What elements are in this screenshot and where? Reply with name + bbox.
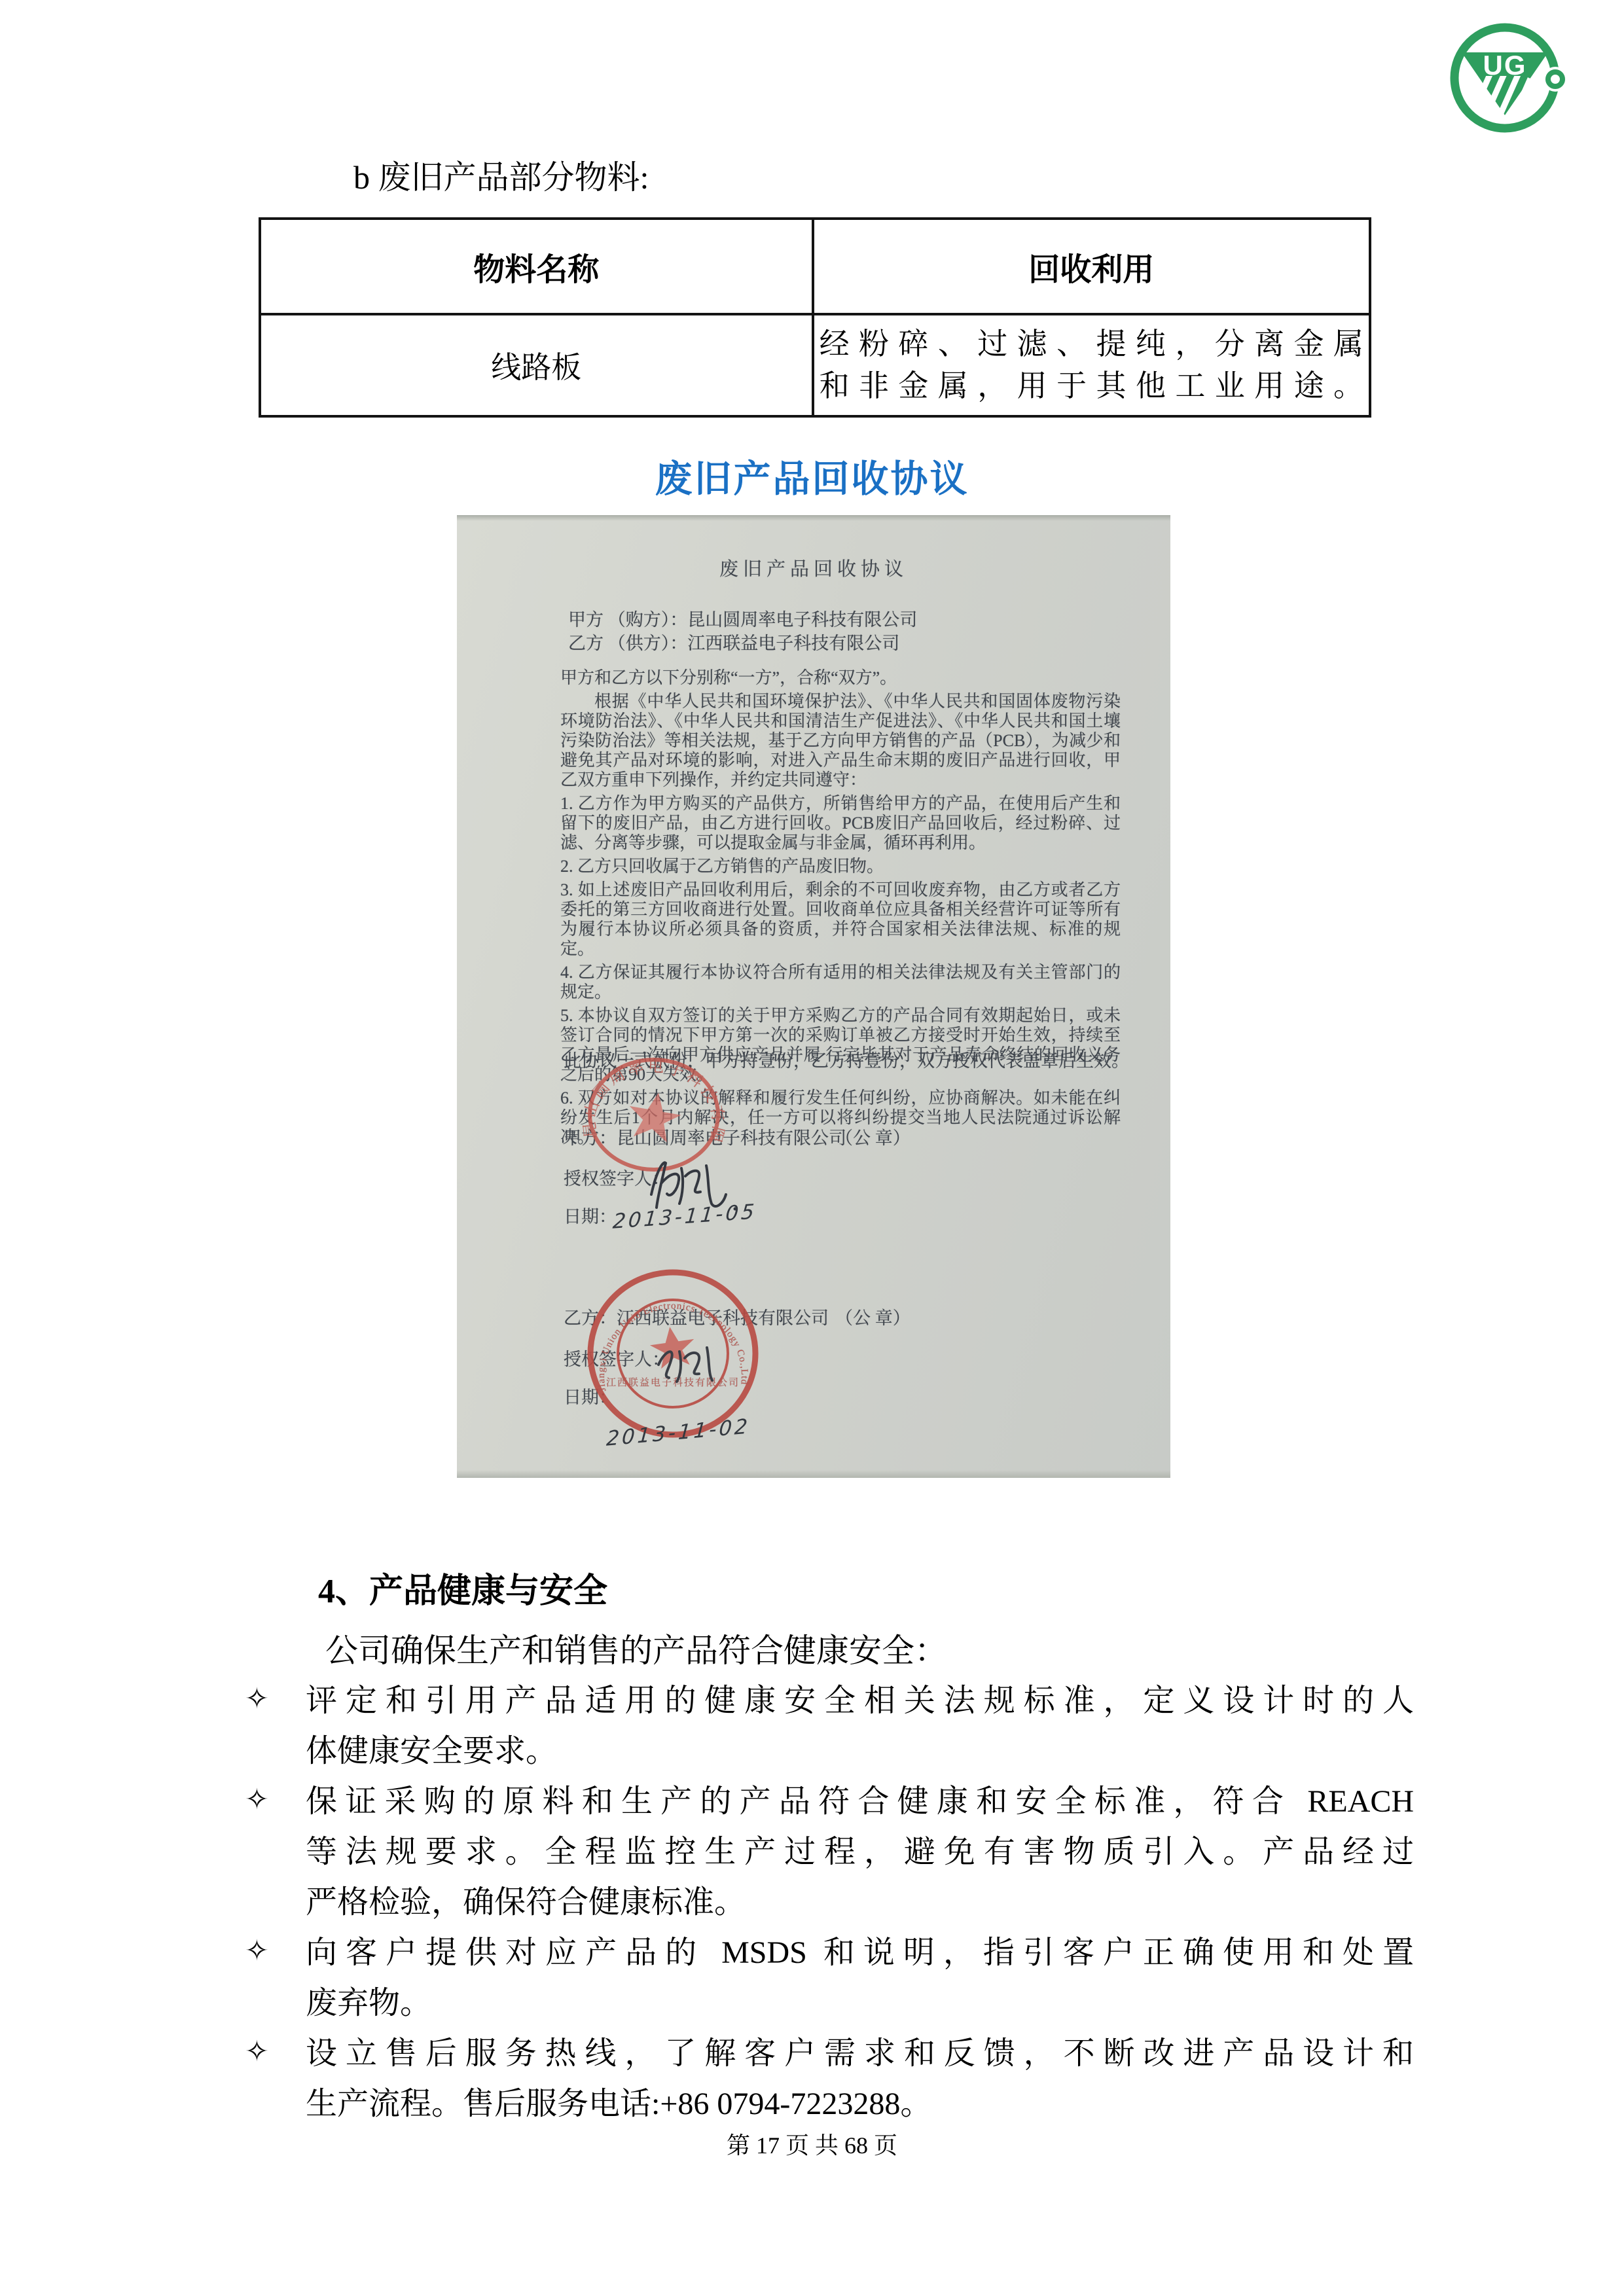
stamp-a-star-icon <box>624 1088 684 1144</box>
list-item: ✧ 评定和引用产品适用的健康安全相关法规标准，定义设计时的人 体健康安全要求。 <box>245 1676 1414 1776</box>
material-name-cell: 线路板 <box>260 314 813 416</box>
scan-clause-4: 4. 乙方保证其履行本协议符合所有适用的相关法律法规及有关主管部门的规定。 <box>560 963 1121 1002</box>
ug-logo-icon: UG <box>1444 17 1566 139</box>
recycle-line-1: 经粉碎、过滤、提纯，分离金属 <box>820 323 1363 365</box>
subsection-heading: b 废旧产品部分物料: <box>353 157 649 198</box>
list-item: ✧ 设立售后服务热线，了解客户需求和反馈，不断改进产品设计和 生产流程。售后服务… <box>245 2028 1414 2129</box>
scan-title: 废旧产品回收协议 <box>457 554 1170 581</box>
col-header-recycle: 回收利用 <box>813 219 1370 314</box>
scan-sign-b-seal-label: （公 章） <box>835 1304 911 1329</box>
table-header-row: 物料名称 回收利用 <box>260 219 1370 314</box>
bullet-line: 废弃物。 <box>306 1978 1414 2028</box>
bullet-line: 设立售后服务热线，了解客户需求和反馈，不断改进产品设计和 <box>306 2028 1414 2079</box>
diamond-bullet-icon: ✧ <box>245 1783 269 1816</box>
party-b-signature <box>652 1337 731 1390</box>
bullet-line: 等法规要求。全程监控生产过程，避免有害物质引入。产品经过 <box>306 1827 1414 1877</box>
logo-text: UG <box>1483 50 1527 81</box>
diamond-bullet-icon: ✧ <box>245 1682 269 1715</box>
bullet-line: 保证采购的原料和生产的产品符合健康和安全标准，符合 REACH <box>306 1776 1414 1827</box>
scan-clause-2: 2. 乙方只回收属于乙方销售的产品废旧物。 <box>560 857 1121 876</box>
bullet-line: 评定和引用产品适用的健康安全相关法规标准，定义设计时的人 <box>306 1676 1414 1726</box>
bullet-line: 生产流程。售后服务电话:+86 0794-7223288。 <box>306 2079 1414 2129</box>
list-item: ✧ 保证采购的原料和生产的产品符合健康和安全标准，符合 REACH 等法规要求。… <box>245 1776 1414 1928</box>
bullet-line: 向客户提供对应产品的 MSDS 和说明，指引客户正确使用和处置 <box>306 1928 1414 1978</box>
page-number: 第 17 页 共 68 页 <box>0 2127 1624 2161</box>
scan-clause-1: 1. 乙方作为甲方购买的产品供方，所销售给甲方的产品，在使用后产生和留下的废旧产… <box>560 794 1121 853</box>
table-row: 线路板 经粉碎、过滤、提纯，分离金属 和非金属，用于其他工业用途。 <box>260 314 1370 416</box>
list-item: ✧ 向客户提供对应产品的 MSDS 和说明，指引客户正确使用和处置 废弃物。 <box>245 1928 1414 2028</box>
scan-intro-line: 甲方和乙方以下分别称“一方”，合称“双方”。 <box>560 668 1121 688</box>
scan-party-a-line: 甲方 （购方）：昆山圆周率电子科技有限公司 <box>568 605 917 631</box>
party-a-handwritten-date: 2013-11-05 <box>612 1200 758 1234</box>
recycle-use-cell: 经粉碎、过滤、提纯，分离金属 和非金属，用于其他工业用途。 <box>813 314 1370 416</box>
agreement-scan-photo: 废旧产品回收协议 甲方 （购方）：昆山圆周率电子科技有限公司 乙方 （供方）：江… <box>457 515 1170 1478</box>
diamond-bullet-icon: ✧ <box>245 1934 269 1967</box>
bullet-line: 严格检验，确保符合健康标准。 <box>306 1877 1414 1928</box>
section-4-lead: 公司确保生产和销售的产品符合健康安全： <box>325 1624 947 1672</box>
section-4-heading: 4、产品健康与安全 <box>318 1563 607 1612</box>
document-page: UG b 废旧产品部分物料: 物料名称 回收利用 线路板 经粉碎、过滤、提纯，分… <box>0 0 1624 2296</box>
agreement-caption: 废旧产品回收协议 <box>0 449 1624 503</box>
bullet-list: ✧ 评定和引用产品适用的健康安全相关法规标准，定义设计时的人 体健康安全要求。 … <box>245 1676 1414 2129</box>
materials-table: 物料名称 回收利用 线路板 经粉碎、过滤、提纯，分离金属 和非金属，用于其他工业… <box>259 217 1371 418</box>
scan-clause-3: 3. 如上述废旧产品回收利用后，剩余的不可回收废弃物，由乙方或者乙方委托的第三方… <box>560 880 1121 959</box>
scan-sign-a-seal-label: （公 章） <box>835 1124 911 1149</box>
col-header-material: 物料名称 <box>260 219 813 314</box>
scan-party-b-line: 乙方 （供方）：江西联益电子科技有限公司 <box>568 629 899 655</box>
diamond-bullet-icon: ✧ <box>245 2035 269 2068</box>
recycle-line-2: 和非金属，用于其他工业用途。 <box>820 365 1363 407</box>
scan-sign-a-date-label: 日期： <box>564 1202 617 1228</box>
scan-legal-basis: 根据《中华人民共和国环境保护法》、《中华人民共和国固体废物污染环境防治法》、《中… <box>560 692 1121 790</box>
bullet-line: 体健康安全要求。 <box>306 1726 1414 1776</box>
